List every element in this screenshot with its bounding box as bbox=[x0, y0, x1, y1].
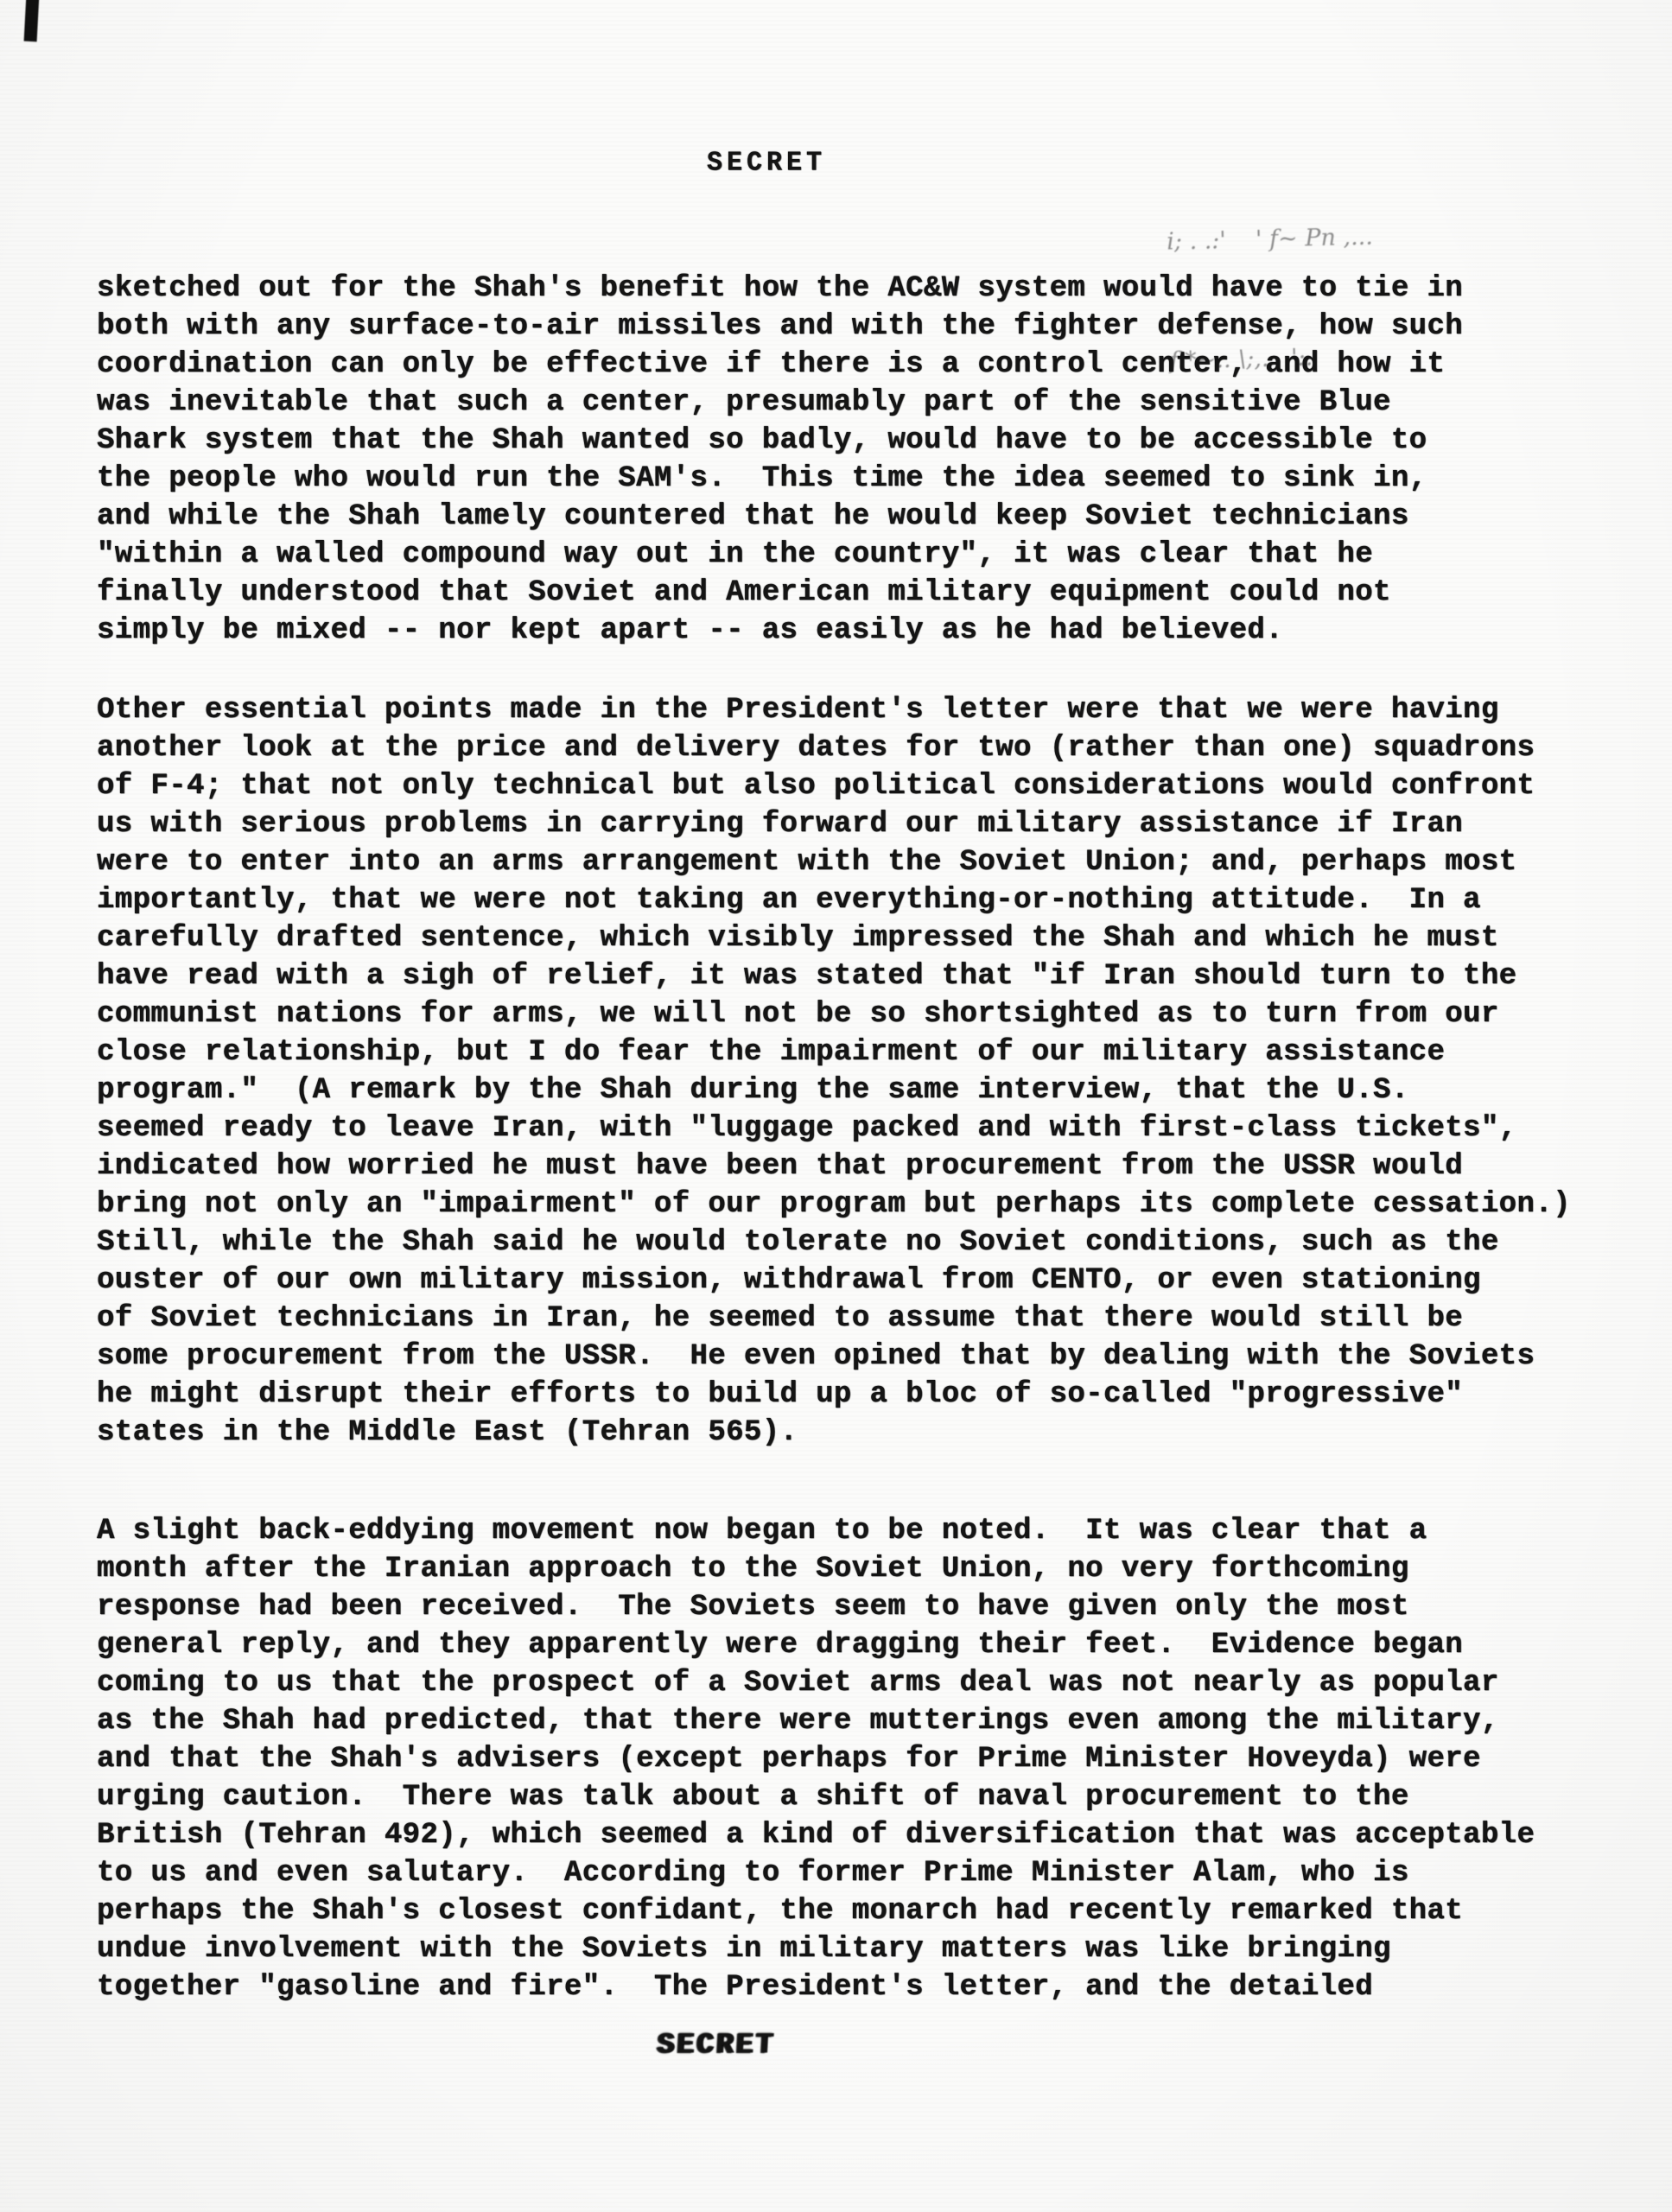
text-line: coming to us that the prospect of a Sovi… bbox=[97, 1664, 1600, 1702]
classification-header: SECRET bbox=[707, 148, 826, 179]
text-line: perhaps the Shah's closest confidant, th… bbox=[97, 1892, 1600, 1930]
text-line: seemed ready to leave Iran, with "luggag… bbox=[97, 1109, 1600, 1147]
text-line: Other essential points made in the Presi… bbox=[97, 691, 1600, 729]
text-line: have read with a sigh of relief, it was … bbox=[97, 957, 1600, 995]
text-line: undue involvement with the Soviets in mi… bbox=[97, 1930, 1600, 1968]
text-line: the people who would run the SAM's. This… bbox=[97, 460, 1600, 498]
text-line: indicated how worried he must have been … bbox=[97, 1147, 1600, 1185]
text-line: to us and even salutary. According to fo… bbox=[97, 1854, 1600, 1892]
text-line: and that the Shah's advisers (except per… bbox=[97, 1740, 1600, 1778]
text-line: and while the Shah lamely countered that… bbox=[97, 498, 1600, 536]
text-line: ouster of our own military mission, with… bbox=[97, 1262, 1600, 1300]
text-line: urging caution. There was talk about a s… bbox=[97, 1778, 1600, 1816]
document-page: SECRET i; . .:' ' f~ Pn ,... f'*~.. \;,.… bbox=[0, 0, 1672, 2212]
text-line: simply be mixed -- nor kept apart -- as … bbox=[97, 612, 1600, 650]
text-line: were to enter into an arms arrangement w… bbox=[97, 843, 1600, 881]
text-line: together "gasoline and fire". The Presid… bbox=[97, 1968, 1600, 2006]
paragraph: sketched out for the Shah's benefit how … bbox=[97, 270, 1600, 650]
text-line: Still, while the Shah said he would tole… bbox=[97, 1224, 1600, 1262]
text-line: A slight back-eddying movement now began… bbox=[97, 1512, 1600, 1550]
text-line: as the Shah had predicted, that there we… bbox=[97, 1702, 1600, 1740]
text-line: "within a walled compound way out in the… bbox=[97, 536, 1600, 574]
text-line: bring not only an "impairment" of our pr… bbox=[97, 1185, 1600, 1224]
text-line: coordination can only be effective if th… bbox=[97, 346, 1600, 384]
text-line: finally understood that Soviet and Ameri… bbox=[97, 574, 1600, 612]
text-line: of F-4; that not only technical but also… bbox=[97, 767, 1600, 805]
text-line: us with serious problems in carrying for… bbox=[97, 805, 1600, 843]
text-line: of Soviet technicians in Iran, he seemed… bbox=[97, 1300, 1600, 1338]
text-line: general reply, and they apparently were … bbox=[97, 1626, 1600, 1664]
document-body: sketched out for the Shah's benefit how … bbox=[97, 270, 1600, 2048]
text-line: response had been received. The Soviets … bbox=[97, 1588, 1600, 1626]
text-line: carefully drafted sentence, which visibl… bbox=[97, 919, 1600, 957]
text-line: Shark system that the Shah wanted so bad… bbox=[97, 422, 1600, 460]
text-line: importantly, that we were not taking an … bbox=[97, 881, 1600, 919]
text-line: program." (A remark by the Shah during t… bbox=[97, 1071, 1600, 1109]
text-line: close relationship, but I do fear the im… bbox=[97, 1033, 1600, 1071]
paragraph: A slight back-eddying movement now began… bbox=[97, 1512, 1600, 2006]
classification-footer: SECRET bbox=[656, 2028, 776, 2062]
text-line: both with any surface-to-air missiles an… bbox=[97, 308, 1600, 346]
scan-artifact-mark bbox=[24, 0, 40, 41]
text-line: states in the Middle East (Tehran 565). bbox=[97, 1414, 1600, 1452]
text-line: communist nations for arms, we will not … bbox=[97, 995, 1600, 1033]
text-line: was inevitable that such a center, presu… bbox=[97, 384, 1600, 422]
text-line: he might disrupt their efforts to build … bbox=[97, 1376, 1600, 1414]
text-line: another look at the price and delivery d… bbox=[97, 729, 1600, 767]
text-line: month after the Iranian approach to the … bbox=[97, 1550, 1600, 1588]
text-line: sketched out for the Shah's benefit how … bbox=[97, 270, 1600, 308]
paragraph: Other essential points made in the Presi… bbox=[97, 691, 1600, 1452]
text-line: British (Tehran 492), which seemed a kin… bbox=[97, 1816, 1600, 1854]
annotation-line-1: i; . .:' ' f~ Pn ,... bbox=[1167, 213, 1539, 262]
text-line: some procurement from the USSR. He even … bbox=[97, 1338, 1600, 1376]
